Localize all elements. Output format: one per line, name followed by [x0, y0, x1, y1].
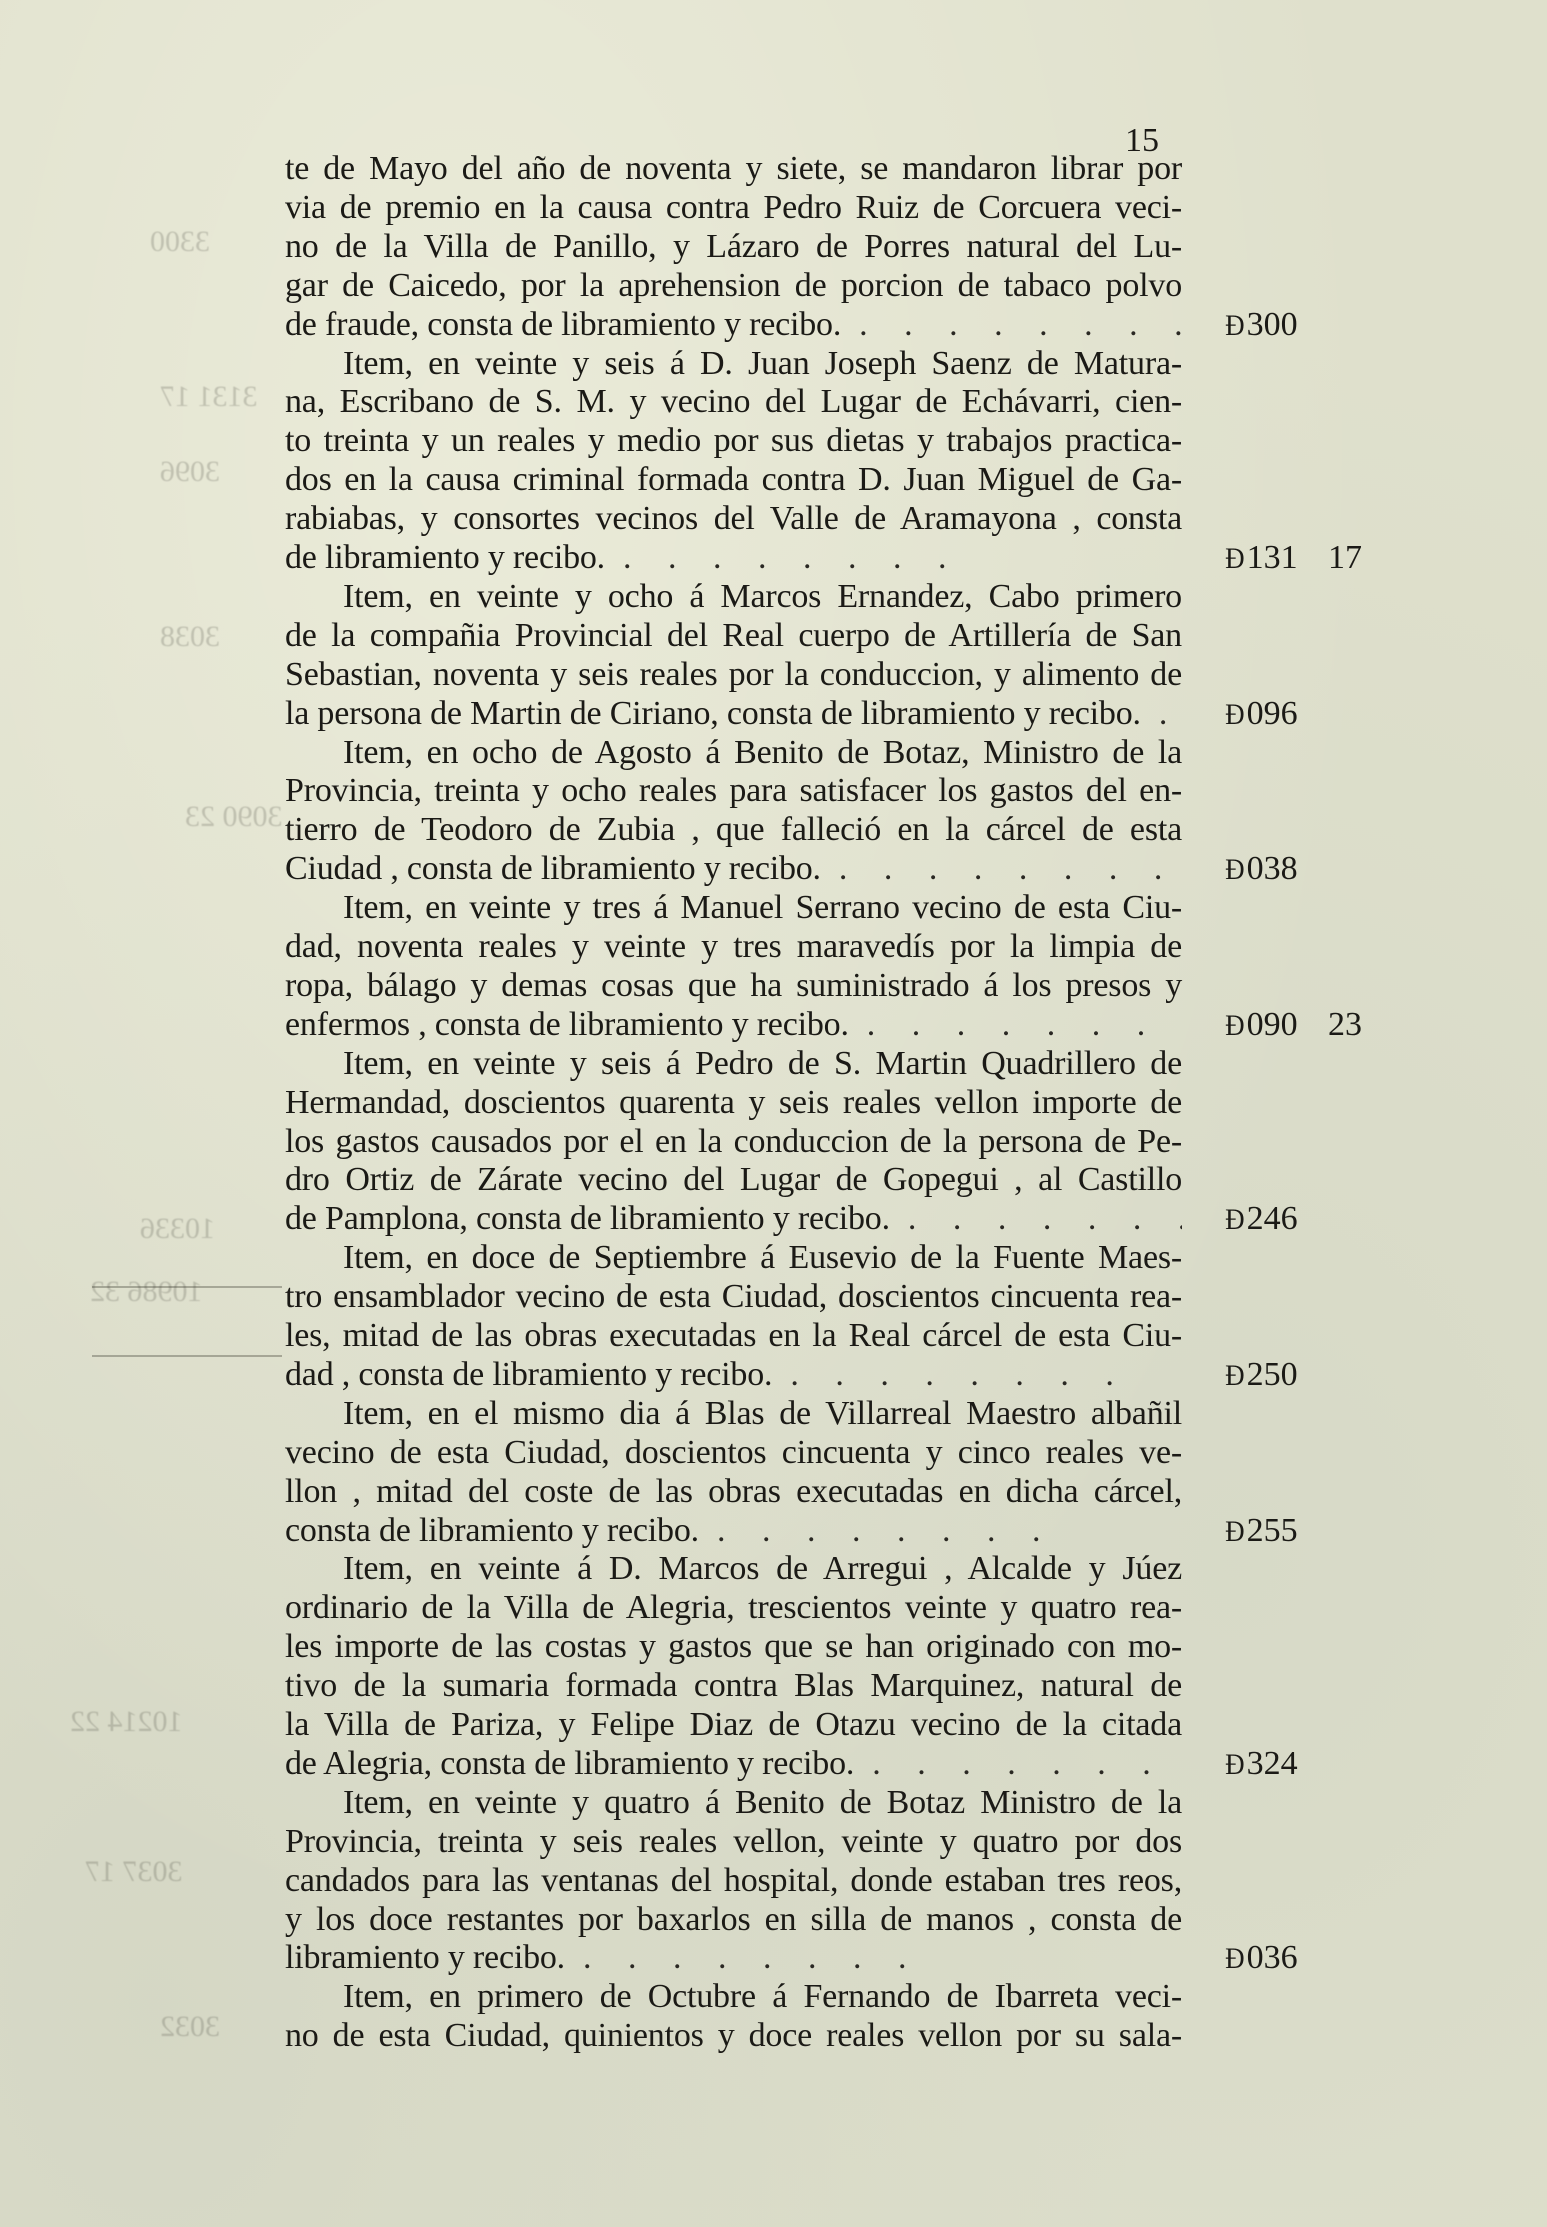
entry-line: rabiabas, y consortes vecinos del Valle …	[285, 500, 1182, 538]
line-text: Item, en veinte á D. Marcos de Arregui ,…	[343, 1550, 1182, 1587]
dot-leader: . . . . . . . .	[623, 539, 961, 576]
entry-line: to treinta y un reales y medio por sus d…	[285, 422, 1182, 460]
entry-line: la Villa de Pariza, y Felipe Diaz de Ota…	[285, 1706, 1182, 1744]
dot-leader: . . . . . . . .	[717, 1512, 1055, 1549]
line-text: dos en la causa criminal formada contra …	[285, 461, 1182, 498]
line-text: les, mitad de las obras executadas en la…	[285, 1317, 1182, 1354]
amount-value: 255	[1247, 1512, 1298, 1549]
amount-value: 036	[1247, 1939, 1298, 1976]
entry-amount: Ð036	[1224, 1939, 1298, 1978]
entry-first-line: Item, en veinte y quatro á Benito de Bot…	[343, 1784, 1182, 1822]
amount-value: 096	[1247, 695, 1298, 732]
bleed-through-mark: 3090 23	[185, 800, 283, 834]
amount-value: 038	[1247, 850, 1298, 887]
line-text: Item, en primero de Octubre á Fernando d…	[343, 1978, 1182, 2015]
entry-line: na, Escribano de S. M. y vecino del Luga…	[285, 383, 1182, 421]
entry-line: ordinario de la Villa de Alegria, tresci…	[285, 1589, 1182, 1627]
entry-line: no de esta Ciudad, quinientos y doce rea…	[285, 2017, 1182, 2055]
dot-leader: . . . . . . . .	[872, 1745, 1182, 1782]
entry-line: dro Ortiz de Zárate vecino del Lugar de …	[285, 1161, 1182, 1199]
bleed-through-rule	[92, 1355, 282, 1357]
entry-maravedis: 17	[1328, 539, 1362, 577]
bleed-through-mark: 3032	[160, 2010, 220, 2044]
entry-line: vecino de esta Ciudad, doscientos cincue…	[285, 1434, 1182, 1472]
dot-leader: . . . . . . . .	[790, 1356, 1128, 1393]
line-text: tro ensamblador vecino de esta Ciudad, d…	[285, 1278, 1182, 1315]
bleed-through-rule	[92, 1286, 282, 1288]
reales-sign-icon: Ð	[1225, 1357, 1245, 1395]
entry-amount: Ð300	[1224, 306, 1298, 345]
reales-sign-icon: Ð	[1225, 1513, 1245, 1551]
entry-line: Provincia, treinta y ocho reales para sa…	[285, 772, 1182, 810]
reales-sign-icon: Ð	[1225, 851, 1245, 889]
line-text: Item, en doce de Septiembre á Eusevio de…	[343, 1239, 1182, 1276]
entry-first-line: Item, en doce de Septiembre á Eusevio de…	[343, 1239, 1182, 1277]
entry-line: les importe de las costas y gastos que s…	[285, 1628, 1182, 1666]
bleed-through-mark: 3131 17	[160, 380, 258, 414]
dot-leader: . . . . . . . .	[1159, 695, 1182, 732]
entry-line: y los doce restantes por baxarlos en sil…	[285, 1901, 1182, 1939]
entry-line: consta de libramiento y recibo.. . . . .…	[285, 1512, 1182, 1550]
amount-value: 250	[1247, 1356, 1298, 1393]
entry-line: tivo de la sumaria formada contra Blas M…	[285, 1667, 1182, 1705]
entry-line: candados para las ventanas del hospital,…	[285, 1862, 1182, 1900]
entry-amount: Ð246	[1224, 1200, 1298, 1239]
line-text: Item, en ocho de Agosto á Benito de Bota…	[343, 734, 1182, 771]
document-page: 15 33003131 17309630383090 231033610986 …	[0, 0, 1547, 2227]
bleed-through-mark: 3038	[160, 620, 220, 654]
line-text: Item, en el mismo dia á Blas de Villarre…	[343, 1395, 1182, 1432]
dot-leader: . . . . . . . .	[859, 306, 1182, 343]
bleed-through-mark: 3037 17	[85, 1855, 183, 1889]
line-text: de libramiento y recibo.	[285, 539, 605, 576]
entry-line: dad, noventa reales y veinte y tres mara…	[285, 928, 1182, 966]
entry-amount: Ð250	[1224, 1356, 1298, 1395]
entry-line: la persona de Martin de Ciriano, consta …	[285, 695, 1182, 733]
line-text: de fraude, consta de libramiento y recib…	[285, 306, 841, 343]
entry-line: Ciudad , consta de libramiento y recibo.…	[285, 850, 1182, 888]
dot-leader: . . . . . . . .	[839, 850, 1177, 887]
entry-line: libramiento y recibo.. . . . . . . .	[285, 1939, 1182, 1977]
entry-first-line: Item, en veinte y tres á Manuel Serrano …	[343, 889, 1182, 927]
entry-first-line: Item, en veinte y seis á Pedro de S. Mar…	[343, 1045, 1182, 1083]
line-text: la persona de Martin de Ciriano, consta …	[285, 695, 1141, 732]
reales-sign-icon: Ð	[1225, 1940, 1245, 1978]
bleed-through-mark: 3096	[160, 455, 220, 489]
bleed-through-mark: 3300	[150, 225, 210, 259]
entry-line: via de premio en la causa contra Pedro R…	[285, 189, 1182, 227]
line-text: Item, en veinte y quatro á Benito de Bot…	[343, 1784, 1182, 1821]
dot-leader: . . . . . . . .	[908, 1200, 1182, 1237]
entry-line: te de Mayo del año de noventa y siete, s…	[285, 150, 1182, 188]
entry-line: no de la Villa de Panillo, y Lázaro de P…	[285, 228, 1182, 266]
line-text: dad, noventa reales y veinte y tres mara…	[285, 928, 1182, 965]
amount-value: 090	[1247, 1006, 1298, 1043]
line-text: libramiento y recibo.	[285, 1939, 565, 1976]
line-text: dad , consta de libramiento y recibo.	[285, 1356, 772, 1393]
line-text: via de premio en la causa contra Pedro R…	[285, 189, 1182, 226]
line-text: Hermandad, doscientos quarenta y seis re…	[285, 1084, 1182, 1121]
line-text: y los doce restantes por baxarlos en sil…	[285, 1901, 1182, 1938]
line-text: tierro de Teodoro de Zubia , que falleci…	[285, 811, 1182, 848]
line-text: ropa, bálago y demas cosas que ha sumini…	[285, 967, 1182, 1004]
entry-first-line: Item, en ocho de Agosto á Benito de Bota…	[343, 734, 1182, 772]
reales-sign-icon: Ð	[1225, 1746, 1245, 1784]
entry-line: de Alegria, consta de libramiento y reci…	[285, 1745, 1182, 1783]
entry-amount: Ð096	[1224, 695, 1298, 734]
entry-line: los gastos causados por el en la conducc…	[285, 1123, 1182, 1161]
entry-line: tierro de Teodoro de Zubia , que falleci…	[285, 811, 1182, 849]
entry-line: dad , consta de libramiento y recibo.. .…	[285, 1356, 1182, 1394]
line-text: Item, en veinte y ocho á Marcos Ernandez…	[343, 578, 1182, 615]
entry-line: dos en la causa criminal formada contra …	[285, 461, 1182, 499]
line-text: Ciudad , consta de libramiento y recibo.	[285, 850, 821, 887]
line-text: rabiabas, y consortes vecinos del Valle …	[285, 500, 1182, 537]
line-text: Provincia, treinta y ocho reales para sa…	[285, 772, 1182, 809]
line-text: los gastos causados por el en la conducc…	[285, 1123, 1182, 1160]
line-text: de la compañia Provincial del Real cuerp…	[285, 617, 1182, 654]
entry-maravedis: 23	[1328, 1006, 1362, 1044]
line-text: ordinario de la Villa de Alegria, tresci…	[285, 1589, 1182, 1626]
entry-line: Provincia, treinta y seis reales vellon,…	[285, 1823, 1182, 1861]
line-text: les importe de las costas y gastos que s…	[285, 1628, 1182, 1665]
line-text: Item, en veinte y seis á D. Juan Joseph …	[343, 345, 1182, 382]
entry-line: gar de Caicedo, por la aprehension de po…	[285, 267, 1182, 305]
amount-value: 131	[1247, 539, 1298, 576]
entry-amount: Ð324	[1224, 1745, 1298, 1784]
line-text: de Pamplona, consta de libramiento y rec…	[285, 1200, 890, 1237]
reales-sign-icon: Ð	[1225, 1007, 1245, 1045]
entry-amount: Ð090	[1224, 1006, 1298, 1045]
entry-amount: Ð131	[1224, 539, 1298, 578]
bleed-through-mark: 10986 32	[90, 1275, 203, 1309]
entry-first-line: Item, en el mismo dia á Blas de Villarre…	[343, 1395, 1182, 1433]
line-text: Item, en veinte y tres á Manuel Serrano …	[343, 889, 1182, 926]
entry-line: llon , mitad del coste de las obras exec…	[285, 1473, 1182, 1511]
entry-line: enfermos , consta de libramiento y recib…	[285, 1006, 1182, 1044]
amount-value: 324	[1247, 1745, 1298, 1782]
line-text: Item, en veinte y seis á Pedro de S. Mar…	[343, 1045, 1182, 1082]
entry-line: ropa, bálago y demas cosas que ha sumini…	[285, 967, 1182, 1005]
reales-sign-icon: Ð	[1225, 307, 1245, 345]
bleed-through-mark: 10214 22	[70, 1705, 183, 1739]
dot-leader: . . . . . . . .	[583, 1939, 921, 1976]
entry-line: de fraude, consta de libramiento y recib…	[285, 306, 1182, 344]
line-text: Provincia, treinta y seis reales vellon,…	[285, 1823, 1182, 1860]
line-text: no de la Villa de Panillo, y Lázaro de P…	[285, 228, 1182, 265]
line-text: vecino de esta Ciudad, doscientos cincue…	[285, 1434, 1182, 1471]
reales-sign-icon: Ð	[1225, 1201, 1245, 1239]
line-text: te de Mayo del año de noventa y siete, s…	[285, 150, 1182, 187]
entry-line: Hermandad, doscientos quarenta y seis re…	[285, 1084, 1182, 1122]
entry-line: tro ensamblador vecino de esta Ciudad, d…	[285, 1278, 1182, 1316]
line-text: llon , mitad del coste de las obras exec…	[285, 1473, 1182, 1510]
line-text: gar de Caicedo, por la aprehension de po…	[285, 267, 1182, 304]
dot-leader: . . . . . . . .	[867, 1006, 1182, 1043]
entry-line: Sebastian, noventa y seis reales por la …	[285, 656, 1182, 694]
entry-first-line: Item, en veinte y ocho á Marcos Ernandez…	[343, 578, 1182, 616]
line-text: no de esta Ciudad, quinientos y doce rea…	[285, 2017, 1182, 2054]
entry-first-line: Item, en primero de Octubre á Fernando d…	[343, 1978, 1182, 2016]
entry-line: les, mitad de las obras executadas en la…	[285, 1317, 1182, 1355]
entry-amount: Ð038	[1224, 850, 1298, 889]
amount-value: 300	[1247, 306, 1298, 343]
reales-sign-icon: Ð	[1225, 540, 1245, 578]
entry-line: de libramiento y recibo.. . . . . . . .	[285, 539, 1182, 577]
line-text: candados para las ventanas del hospital,…	[285, 1862, 1182, 1899]
bleed-through-mark: 10336	[140, 1212, 215, 1246]
entry-line: de Pamplona, consta de libramiento y rec…	[285, 1200, 1182, 1238]
line-text: la Villa de Pariza, y Felipe Diaz de Ota…	[285, 1706, 1182, 1743]
entry-first-line: Item, en veinte y seis á D. Juan Joseph …	[343, 345, 1182, 383]
entry-first-line: Item, en veinte á D. Marcos de Arregui ,…	[343, 1550, 1182, 1588]
reales-sign-icon: Ð	[1225, 696, 1245, 734]
entry-amount: Ð255	[1224, 1512, 1298, 1551]
line-text: enfermos , consta de libramiento y recib…	[285, 1006, 849, 1043]
amount-value: 246	[1247, 1200, 1298, 1237]
line-text: dro Ortiz de Zárate vecino del Lugar de …	[285, 1161, 1182, 1198]
line-text: de Alegria, consta de libramiento y reci…	[285, 1745, 854, 1782]
line-text: consta de libramiento y recibo.	[285, 1512, 699, 1549]
line-text: to treinta y un reales y medio por sus d…	[285, 422, 1182, 459]
entry-line: de la compañia Provincial del Real cuerp…	[285, 617, 1182, 655]
line-text: tivo de la sumaria formada contra Blas M…	[285, 1667, 1182, 1704]
line-text: Sebastian, noventa y seis reales por la …	[285, 656, 1182, 693]
line-text: na, Escribano de S. M. y vecino del Luga…	[285, 383, 1182, 420]
